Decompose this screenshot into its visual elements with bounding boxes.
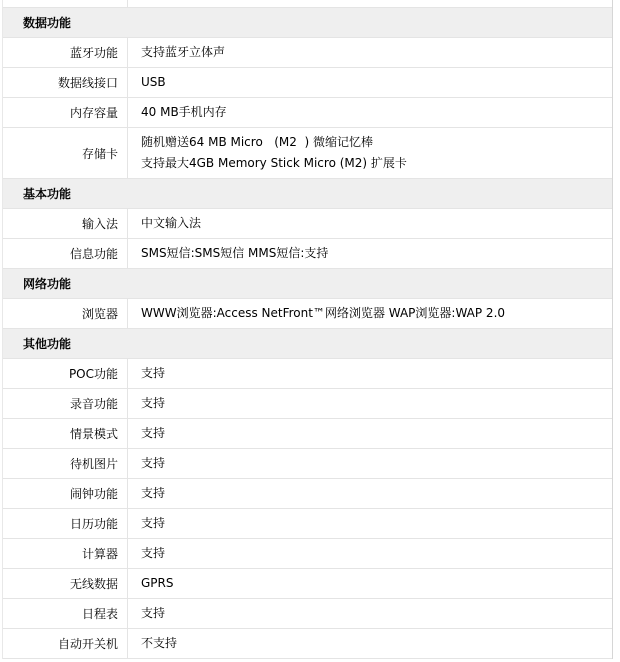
row-label: 内存容量: [3, 98, 128, 127]
row-label: 数据线接口: [3, 68, 128, 97]
table-row: 存储卡随机赠送64 MB Micro (M2 ) 微缩记忆棒支持最大4GB Me…: [3, 128, 612, 179]
section-header-label: 数据功能: [23, 14, 71, 31]
value-line: 支持: [141, 363, 604, 384]
row-label: POC功能: [3, 359, 128, 388]
section-header-label: 基本功能: [23, 185, 71, 202]
row-label: 蓝牙功能: [3, 38, 128, 67]
table-row: 日历功能支持: [3, 509, 612, 539]
row-label: 自动开关机: [3, 629, 128, 658]
table-row: 浏览器WWW浏览器:Access NetFront™网络浏览器 WAP浏览器:W…: [3, 299, 612, 329]
row-value: 支持: [128, 509, 612, 538]
table-row: 自动开关机不支持: [3, 629, 612, 659]
value-line: 不支持: [141, 633, 604, 654]
section-header: 基本功能: [3, 179, 612, 209]
table-row: 录音功能支持: [3, 389, 612, 419]
row-value: 支持: [128, 389, 612, 418]
row-label: 待机图片: [3, 449, 128, 478]
row-label: 计算器: [3, 539, 128, 568]
row-value: 支持: [128, 539, 612, 568]
row-label: 无线数据: [3, 569, 128, 598]
value-line: 支持: [141, 513, 604, 534]
table-row: POC功能支持: [3, 359, 612, 389]
row-label: 浏览器: [3, 299, 128, 328]
spec-page: 数据功能蓝牙功能支持蓝牙立体声数据线接口USB内存容量40 MB手机内存存储卡随…: [0, 0, 620, 662]
row-value: 支持: [128, 419, 612, 448]
value-line: 支持: [141, 603, 604, 624]
value-line: 支持: [141, 423, 604, 444]
row-value: 支持: [128, 479, 612, 508]
value-line: WWW浏览器:Access NetFront™网络浏览器 WAP浏览器:WAP …: [141, 303, 604, 324]
table-row: 数据线接口USB: [3, 68, 612, 98]
value-line: USB: [141, 72, 604, 93]
row-label: 情景模式: [3, 419, 128, 448]
row-label: 闹钟功能: [3, 479, 128, 508]
section-header: 其他功能: [3, 329, 612, 359]
row-value: SMS短信:SMS短信 MMS短信:支持: [128, 239, 612, 268]
value-line: 40 MB手机内存: [141, 102, 604, 123]
value-line: SMS短信:SMS短信 MMS短信:支持: [141, 243, 604, 264]
value-line: 支持: [141, 483, 604, 504]
value-line: 随机赠送64 MB Micro (M2 ) 微缩记忆棒: [141, 132, 604, 153]
row-value: USB: [128, 68, 612, 97]
row-value: 支持: [128, 359, 612, 388]
table-row: 无线数据GPRS: [3, 569, 612, 599]
table-row: 信息功能SMS短信:SMS短信 MMS短信:支持: [3, 239, 612, 269]
value-line: 支持最大4GB Memory Stick Micro (M2) 扩展卡: [141, 153, 604, 174]
value-line: GPRS: [141, 573, 604, 594]
row-value: 随机赠送64 MB Micro (M2 ) 微缩记忆棒支持最大4GB Memor…: [128, 128, 612, 178]
row-label: 录音功能: [3, 389, 128, 418]
table-row: 情景模式支持: [3, 419, 612, 449]
row-value: 40 MB手机内存: [128, 98, 612, 127]
row-label: 存储卡: [3, 128, 128, 178]
table-row: 闹钟功能支持: [3, 479, 612, 509]
row-value: 支持蓝牙立体声: [128, 38, 612, 67]
row-value: 支持: [128, 449, 612, 478]
row-label: 日历功能: [3, 509, 128, 538]
row-label: 信息功能: [3, 239, 128, 268]
value-line: 中文输入法: [141, 213, 604, 234]
table-row: 蓝牙功能支持蓝牙立体声: [3, 38, 612, 68]
row-label: 日程表: [3, 599, 128, 628]
value-line: 支持蓝牙立体声: [141, 42, 604, 63]
value-line: 支持: [141, 453, 604, 474]
table-row: 输入法中文输入法: [3, 209, 612, 239]
table-row: 计算器支持: [3, 539, 612, 569]
value-line: 支持: [141, 393, 604, 414]
row-label: 输入法: [3, 209, 128, 238]
spec-table: 数据功能蓝牙功能支持蓝牙立体声数据线接口USB内存容量40 MB手机内存存储卡随…: [2, 0, 613, 659]
partial-row-value-cell: [128, 0, 612, 21]
row-value: 不支持: [128, 629, 612, 658]
section-header-label: 其他功能: [23, 335, 71, 352]
table-row: 待机图片支持: [3, 449, 612, 479]
section-header-label: 网络功能: [23, 275, 71, 292]
partial-row-label-cell: [3, 0, 128, 7]
partial-row-top: [3, 0, 612, 8]
row-value: 支持: [128, 599, 612, 628]
table-row: 日程表支持: [3, 599, 612, 629]
row-value: GPRS: [128, 569, 612, 598]
table-row: 内存容量40 MB手机内存: [3, 98, 612, 128]
section-header: 网络功能: [3, 269, 612, 299]
row-value: 中文输入法: [128, 209, 612, 238]
value-line: 支持: [141, 543, 604, 564]
row-value: WWW浏览器:Access NetFront™网络浏览器 WAP浏览器:WAP …: [128, 299, 612, 328]
